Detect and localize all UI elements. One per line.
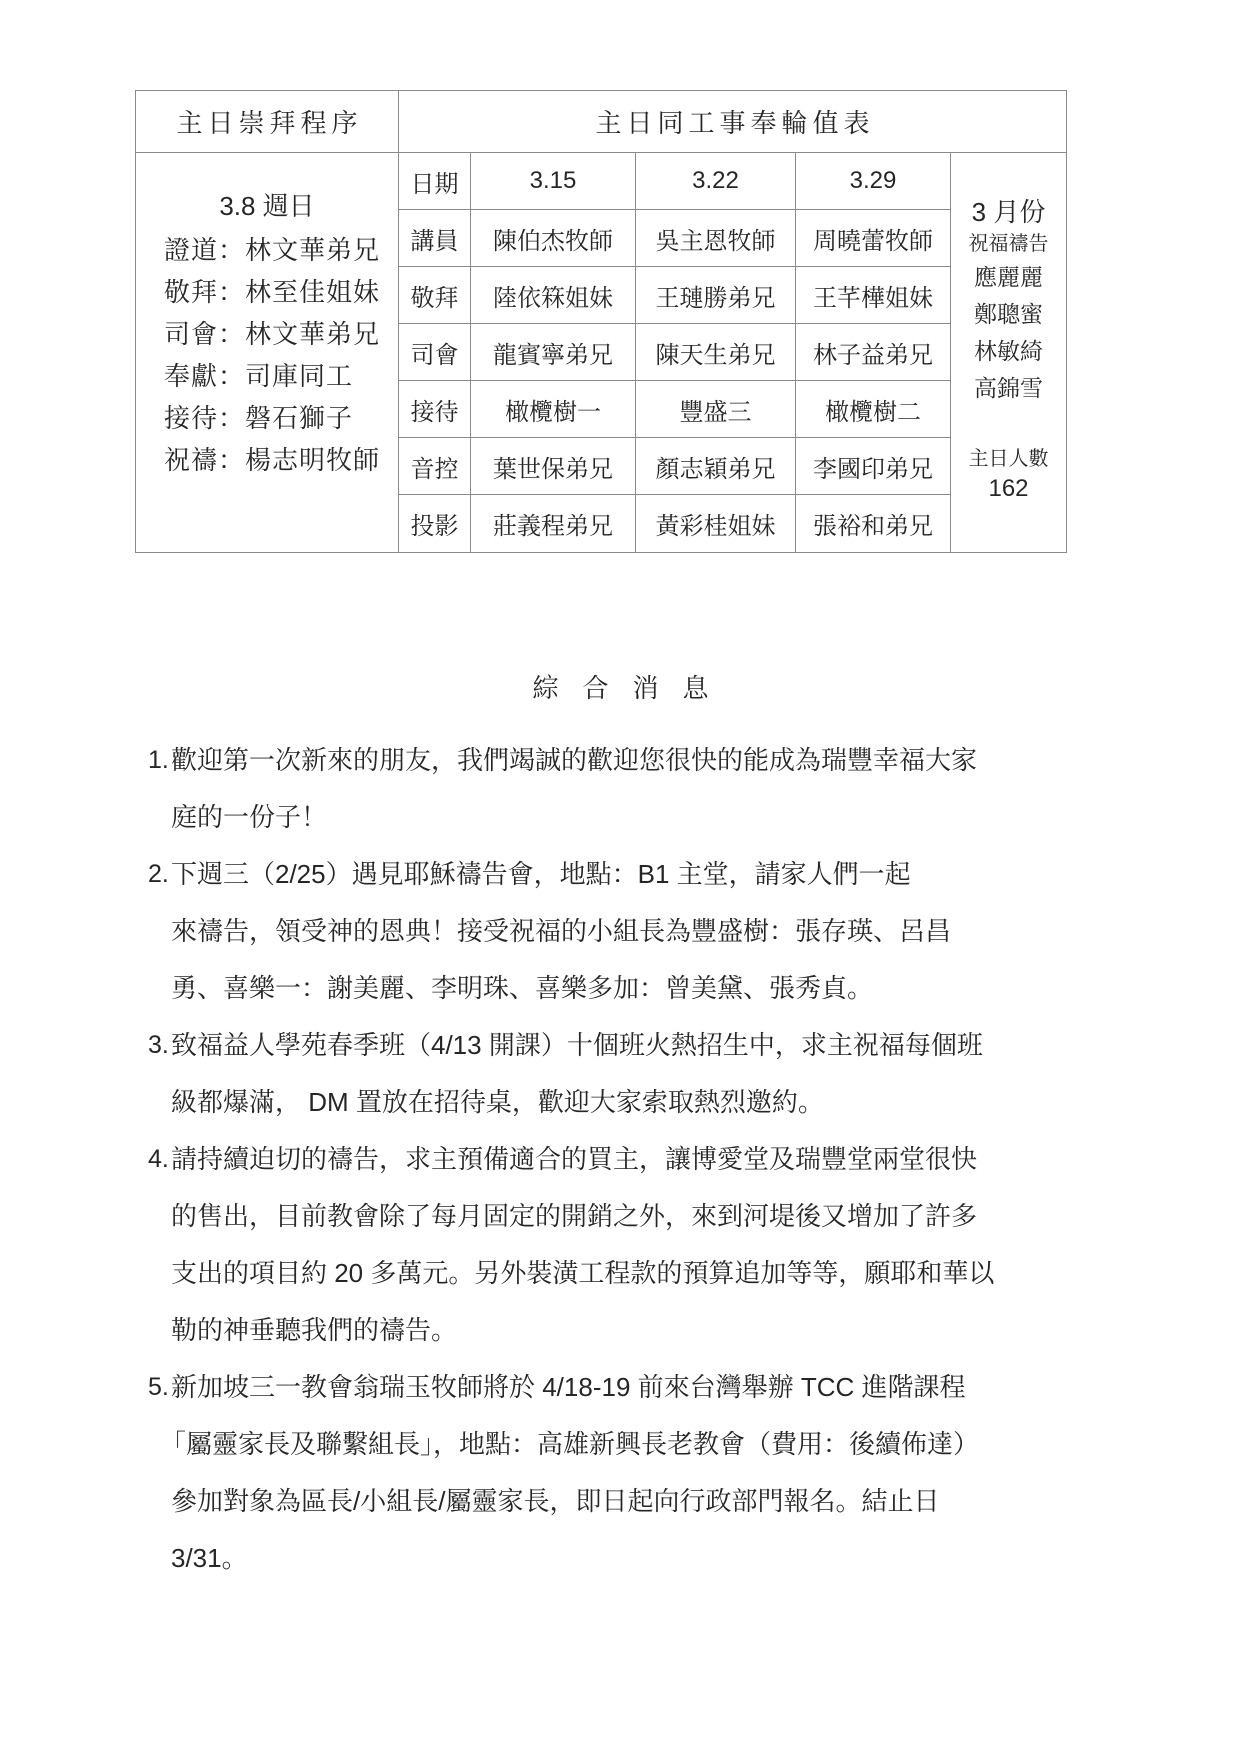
roster-row-label: 日期 (399, 153, 471, 210)
roster-side-panel: 3 月份 祝福禱告 應麗麗 鄭聰蜜 林敏綺 高錦雪 主日人數 162 (951, 153, 1066, 552)
news-item: 3. 致福益人學苑春季班（4/13 開課）十個班火熱招生中，求主祝福每個班 級都… (148, 1017, 1113, 1131)
news-line-text: 「屬靈家長及聯繫組長」，地點：高雄新興長老教會（費用：後續佈達） (148, 1416, 1113, 1473)
news-line-text: 庭的一份子！ (148, 789, 1113, 846)
news-item: 5. 新加坡三一教會翁瑞玉牧師將於 4/18-19 前來台灣舉辦 TCC 進階課… (148, 1359, 1113, 1587)
roster-cell: 3.29 (796, 153, 951, 210)
roster-cell: 王芊樺姐妹 (796, 267, 951, 324)
roster-cell: 3.15 (471, 153, 636, 210)
roster-cell: 橄欖樹二 (796, 381, 951, 438)
roster-cell: 吳主恩牧師 (636, 210, 796, 267)
news-line-text: 來禱告，領受神的恩典！接受祝福的小組長為豐盛樹：張存瑛、呂昌 (148, 903, 1113, 960)
news-item-number: 2. (148, 846, 171, 903)
roster-cell: 龍賓寧弟兄 (471, 324, 636, 381)
roster-cell: 莊義程弟兄 (471, 495, 636, 552)
news-item-number: 5. (148, 1359, 171, 1416)
roster-cell: 陸依箖姐妹 (471, 267, 636, 324)
news-line-text: 勇、喜樂一：謝美麗、李明珠、喜樂多加：曾美黛、張秀貞。 (148, 960, 1113, 1017)
roster-cell: 3.22 (636, 153, 796, 210)
program-line: 祝禱：楊志明牧師 (136, 439, 398, 481)
side-name: 鄭聰蜜 (951, 296, 1066, 333)
news-line-text: 級都爆滿， DM 置放在招待桌，歡迎大家索取熱烈邀約。 (148, 1074, 1113, 1131)
program-line: 司會：林文華弟兄 (136, 313, 398, 355)
news-list: 1. 歡迎第一次新來的朋友，我們竭誠的歡迎您很快的能成為瑞豐幸福大家 庭的一份子… (148, 732, 1113, 1587)
news-line-text: 下週三（2/25）遇見耶穌禱告會，地點：B1 主堂，請家人們一起 (171, 846, 911, 903)
side-month: 3 月份 (951, 195, 1066, 229)
program-line: 接待：磐石獅子 (136, 397, 398, 439)
roster-cell: 顏志穎弟兄 (636, 438, 796, 495)
roster-cell: 王璉勝弟兄 (636, 267, 796, 324)
news-item: 4. 請持續迫切的禱告，求主預備適合的買主，讓博愛堂及瑞豐堂兩堂很快 的售出，目… (148, 1131, 1113, 1359)
roster-cell: 張裕和弟兄 (796, 495, 951, 552)
news-line-text: 3/31。 (148, 1530, 1113, 1587)
roster-cell: 葉世保弟兄 (471, 438, 636, 495)
roster-row-label: 講員 (399, 210, 471, 267)
program-date: 3.8 週日 (136, 183, 398, 229)
news-item-number: 3. (148, 1017, 171, 1074)
side-name: 應麗麗 (951, 259, 1066, 296)
program-title: 主日崇拜程序 (136, 91, 399, 153)
roster-title: 主日同工事奉輪值表 (399, 91, 1066, 153)
roster-cell: 豐盛三 (636, 381, 796, 438)
roster-cell: 黃彩桂姐妹 (636, 495, 796, 552)
news-line-text: 勒的神垂聽我們的禱告。 (148, 1302, 1113, 1359)
program-line: 奉獻：司庫同工 (136, 355, 398, 397)
side-name: 高錦雪 (951, 370, 1066, 407)
roster-cell: 橄欖樹一 (471, 381, 636, 438)
roster-cell: 周曉蕾牧師 (796, 210, 951, 267)
program-line: 證道：林文華弟兄 (136, 229, 398, 271)
roster-cell: 林子益弟兄 (796, 324, 951, 381)
roster-row-label: 接待 (399, 381, 471, 438)
roster-cell: 李國印弟兄 (796, 438, 951, 495)
news-item: 2. 下週三（2/25）遇見耶穌禱告會，地點：B1 主堂，請家人們一起 來禱告，… (148, 846, 1113, 1017)
news-item: 1. 歡迎第一次新來的朋友，我們竭誠的歡迎您很快的能成為瑞豐幸福大家 庭的一份子… (148, 732, 1113, 846)
news-line-text: 支出的項目約 20 多萬元。另外裝潢工程款的預算追加等等，願耶和華以 (148, 1245, 1113, 1302)
roster-row-label: 敬拜 (399, 267, 471, 324)
news-title: 綜合消息 (0, 668, 1241, 705)
news-line-text: 參加對象為區長/小組長/屬靈家長，即日起向行政部門報名。結止日 (148, 1473, 1113, 1530)
news-line-text: 的售出，目前教會除了每月固定的開銷之外，來到河堤後又增加了許多 (148, 1188, 1113, 1245)
roster-row-label: 音控 (399, 438, 471, 495)
attendance-value: 162 (951, 473, 1066, 505)
news-line-text: 致福益人學苑春季班（4/13 開課）十個班火熱招生中，求主祝福每個班 (171, 1017, 983, 1074)
program-body: 3.8 週日 證道：林文華弟兄 敬拜：林至佳姐妹 司會：林文華弟兄 奉獻：司庫同… (136, 153, 399, 552)
roster-cell: 陳伯杰牧師 (471, 210, 636, 267)
news-line-text: 請持續迫切的禱告，求主預備適合的買主，讓博愛堂及瑞豐堂兩堂很快 (171, 1131, 977, 1188)
attendance-label: 主日人數 (951, 445, 1066, 473)
program-line: 敬拜：林至佳姐妹 (136, 271, 398, 313)
bulletin-page: 主日崇拜程序 主日同工事奉輪值表 3.8 週日 證道：林文華弟兄 敬拜：林至佳姐… (0, 0, 1241, 1755)
side-blessing-title: 祝福禱告 (951, 229, 1066, 259)
news-line-text: 歡迎第一次新來的朋友，我們竭誠的歡迎您很快的能成為瑞豐幸福大家 (171, 732, 977, 789)
news-item-number: 4. (148, 1131, 171, 1188)
news-item-number: 1. (148, 732, 171, 789)
roster-row-label: 司會 (399, 324, 471, 381)
roster-row-label: 投影 (399, 495, 471, 552)
service-roster-table: 主日崇拜程序 主日同工事奉輪值表 3.8 週日 證道：林文華弟兄 敬拜：林至佳姐… (135, 90, 1067, 553)
news-line-text: 新加坡三一教會翁瑞玉牧師將於 4/18-19 前來台灣舉辦 TCC 進階課程 (171, 1359, 966, 1416)
roster-cell: 陳天生弟兄 (636, 324, 796, 381)
side-name: 林敏綺 (951, 333, 1066, 370)
